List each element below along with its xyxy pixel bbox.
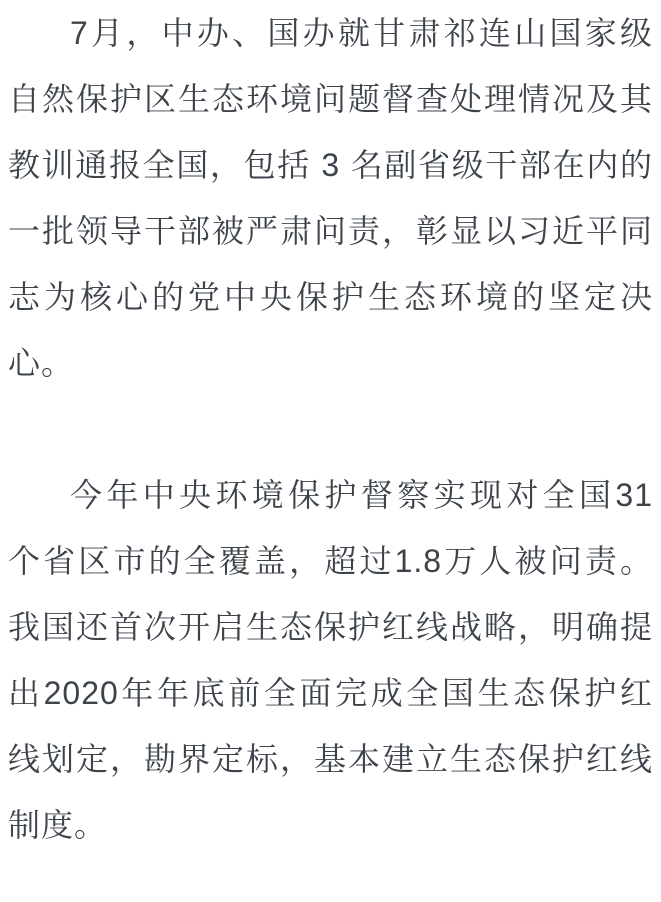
text-line: 出2020年年底前全面完成全国生态保护红: [8, 660, 653, 726]
text-line: 我国还首次开启生态保护红线战略，明确提: [8, 594, 653, 660]
text-line: 教训通报全国，包括 3 名副省级干部在内的: [8, 132, 653, 198]
text-line: 今年中央环境保护督察实现对全国31: [8, 462, 653, 528]
text-line: 个省区市的全覆盖，超过1.8万人被问责。: [8, 528, 653, 594]
article-page: 7月，中办、国办就甘肃祁连山国家级 自然保护区生态环境问题督查处理情况及其 教训…: [0, 0, 661, 902]
text-line: 心。: [8, 330, 653, 396]
text-line: 志为核心的党中央保护生态环境的坚定决: [8, 264, 653, 330]
text-line: 7月，中办、国办就甘肃祁连山国家级: [8, 0, 653, 66]
paragraph-2: 今年中央环境保护督察实现对全国31 个省区市的全覆盖，超过1.8万人被问责。 我…: [8, 462, 653, 858]
text-line: 线划定，勘界定标，基本建立生态保护红线: [8, 726, 653, 792]
text-line: 制度。: [8, 792, 653, 858]
text-line: 一批领导干部被严肃问责，彰显以习近平同: [8, 198, 653, 264]
paragraph-1: 7月，中办、国办就甘肃祁连山国家级 自然保护区生态环境问题督查处理情况及其 教训…: [8, 0, 653, 396]
text-line: 自然保护区生态环境问题督查处理情况及其: [8, 66, 653, 132]
